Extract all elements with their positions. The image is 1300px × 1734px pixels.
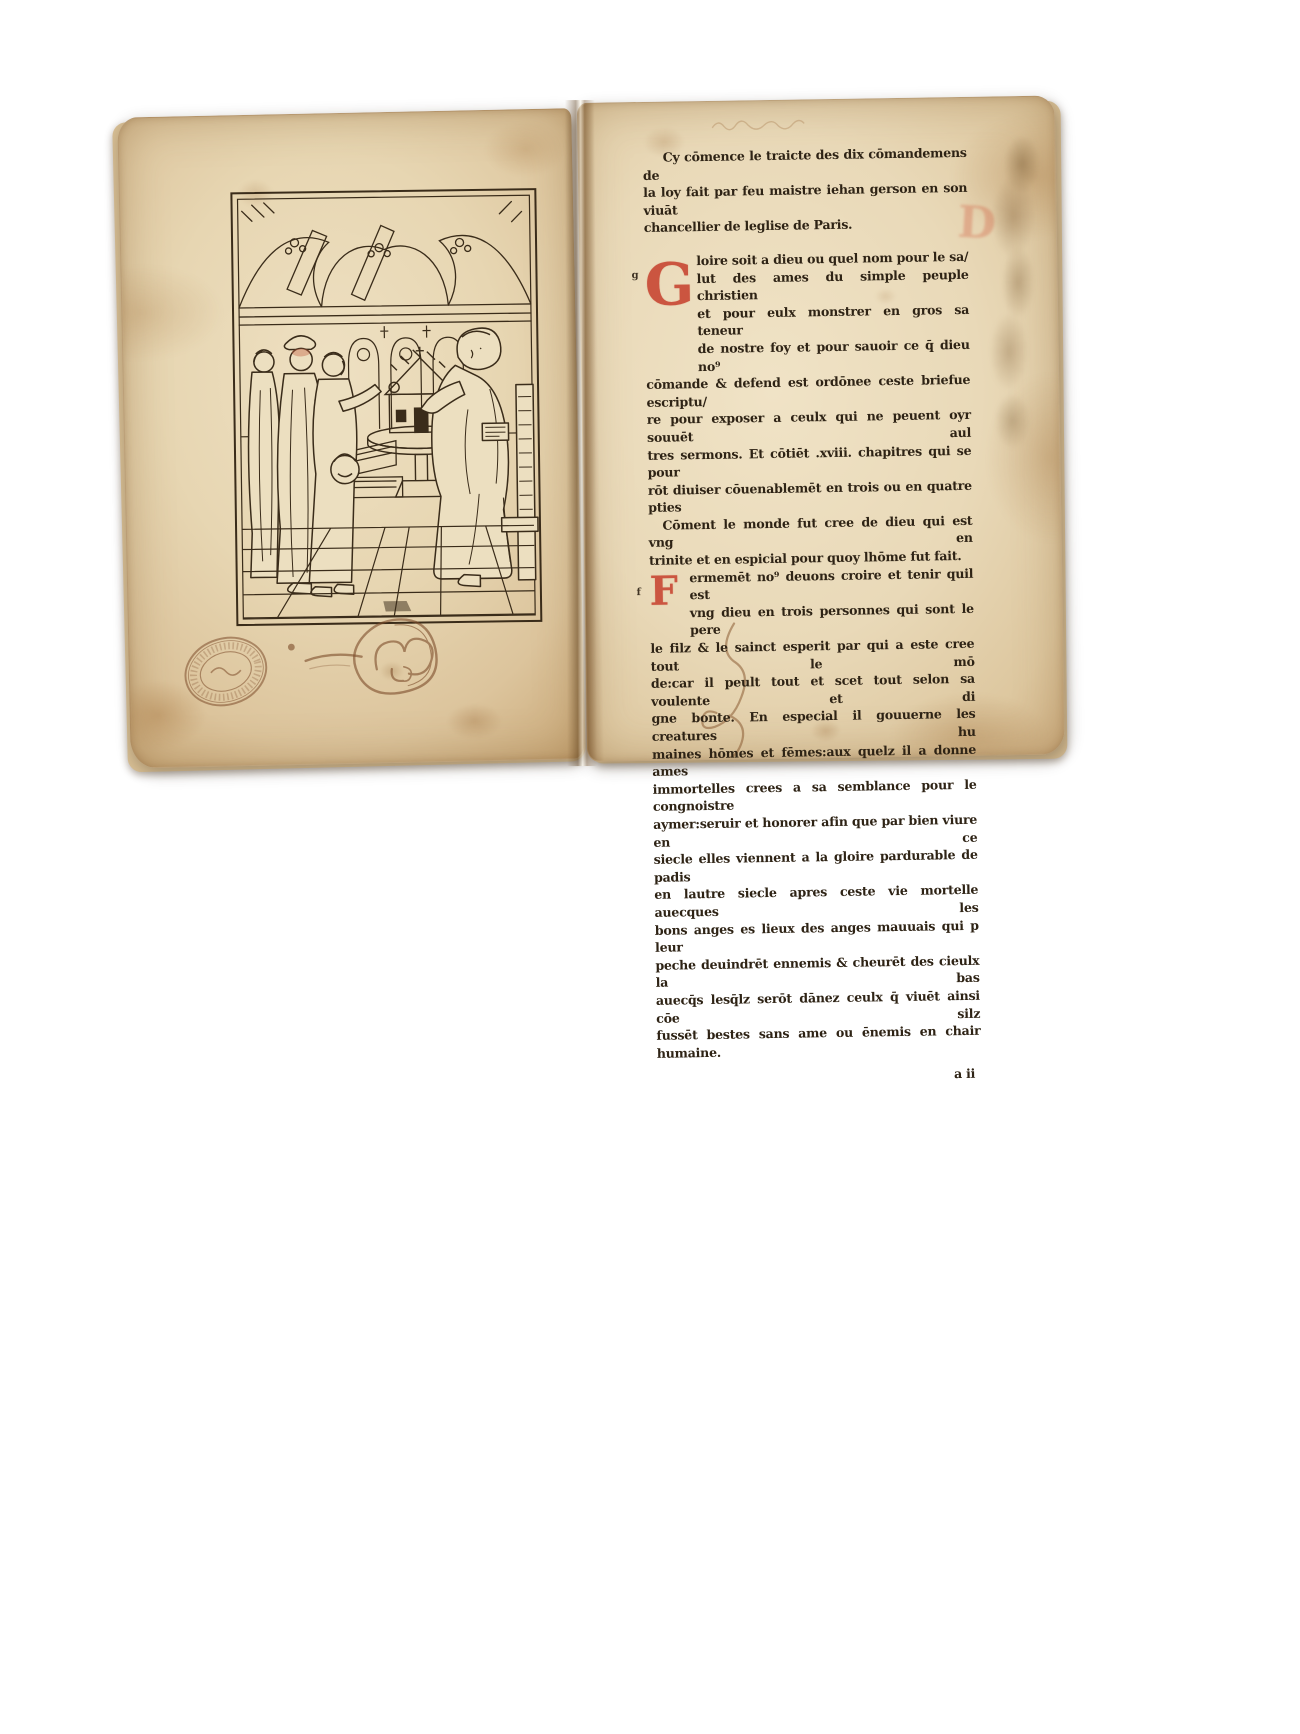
gothic-canopy [238,199,532,325]
rubricated-initial-G: G [644,252,698,376]
photo-of-book-spread: D Cy cōmence le traicte des dix cōmandem… [0,0,1300,1734]
text-line: re pour exposer a ceulx qui ne peuent oy… [647,406,972,446]
text-line: ermemēt no⁹ deuons croire et tenir quil … [689,564,974,604]
text-line: en lautre siecle apres ceste vie mortell… [654,881,979,921]
hang-lines: ermemēt no⁹ deuons croire et tenir quil … [689,564,974,639]
text-line: gne bonte. En especial il gouuerne les c… [651,705,976,745]
chapter-heading: Cōment le monde fut cree de dieu qui est… [648,512,973,570]
text-line: lut des ames du simple peuple christien [696,265,969,304]
full-lines: cōmande & defend est ordōnee ceste brief… [646,371,972,517]
incipit-heading: Cy cōmence le traicte des dix cōmandemen… [643,144,968,237]
text-line: auecq̄s lesq̄lz serōt dānez ceulx q̄ viu… [656,987,981,1027]
text-line: le filz & le sainct esperit par qui a es… [650,635,975,675]
rubricated-initial-F: F [649,569,690,640]
text-line: rōt diuiser cōuenablemēt en trois ou en … [648,477,973,517]
text-line: bons anges es lieux des anges mauuais qu… [655,916,980,956]
text-block: Cy cōmence le traicte des dix cōmandemen… [643,144,982,1088]
text-line: tres sermons. Et cōtiēt .xviii. chapitre… [647,441,972,481]
woodcut-illustration [227,185,545,629]
hang-lines: loire soit a dieu ou quel nom pour le sa… [696,248,970,375]
book-spread: D Cy cōmence le traicte des dix cōmandem… [117,94,1065,779]
text-line: chancellier de leglise de Paris. [644,214,968,237]
library-stamp-oval [179,624,273,718]
guide-letter: g [631,267,638,285]
text-line: Cōment le monde fut cree de dieu qui est… [648,512,973,552]
text-line: maines hōmes et fēmes:aux quelz il a don… [652,740,977,780]
monogram-stamp-round [345,614,443,702]
text-line: de:car il peult tout et scet tout selon … [651,670,976,710]
text-line: vng dieu en trois personnes qui sont le … [690,600,975,640]
paragraph-fermement: f F ermemēt no⁹ deuons croire et tenir q… [649,564,981,1062]
seated-cleric [419,327,538,587]
text-line: aymer:seruir et honorer afin que par bie… [653,811,978,851]
text-line: fussēt bestes sans ame ou ēnemis en chai… [656,1022,981,1062]
text-line: la loy fait par feu maistre iehan gerson… [643,179,968,219]
paragraph-gloire: g G loire soit a dieu ou quel nom pour l… [644,248,972,517]
text-line: Cy cōmence le traicte des dix cōmandemen… [643,144,968,184]
standing-figures [247,335,384,598]
left-page [117,108,585,768]
right-page: D Cy cōmence le traicte des dix cōmandem… [577,95,1065,761]
text-line: peche deuindrēt ennemis & cheurēt des ci… [655,951,980,991]
signature-mark: a ii [657,1065,981,1088]
guide-letter: f [636,584,640,602]
text-line: immortelles crees a sa semblance pour le… [652,776,977,816]
text-line: et pour eulx monstrer en gros sa teneur [697,301,970,340]
text-line: cōmande & defend est ordōnee ceste brief… [646,371,971,411]
ink-offset-stains [968,136,1052,467]
text-line: siecle elles viennent a la gloire pardur… [654,846,979,886]
handwritten-inscription [706,112,816,136]
text-line: de nostre foy et pour sauoir ce q̄ dieu … [698,336,971,375]
full-lines: le filz & le sainct esperit par qui a es… [650,635,981,1062]
